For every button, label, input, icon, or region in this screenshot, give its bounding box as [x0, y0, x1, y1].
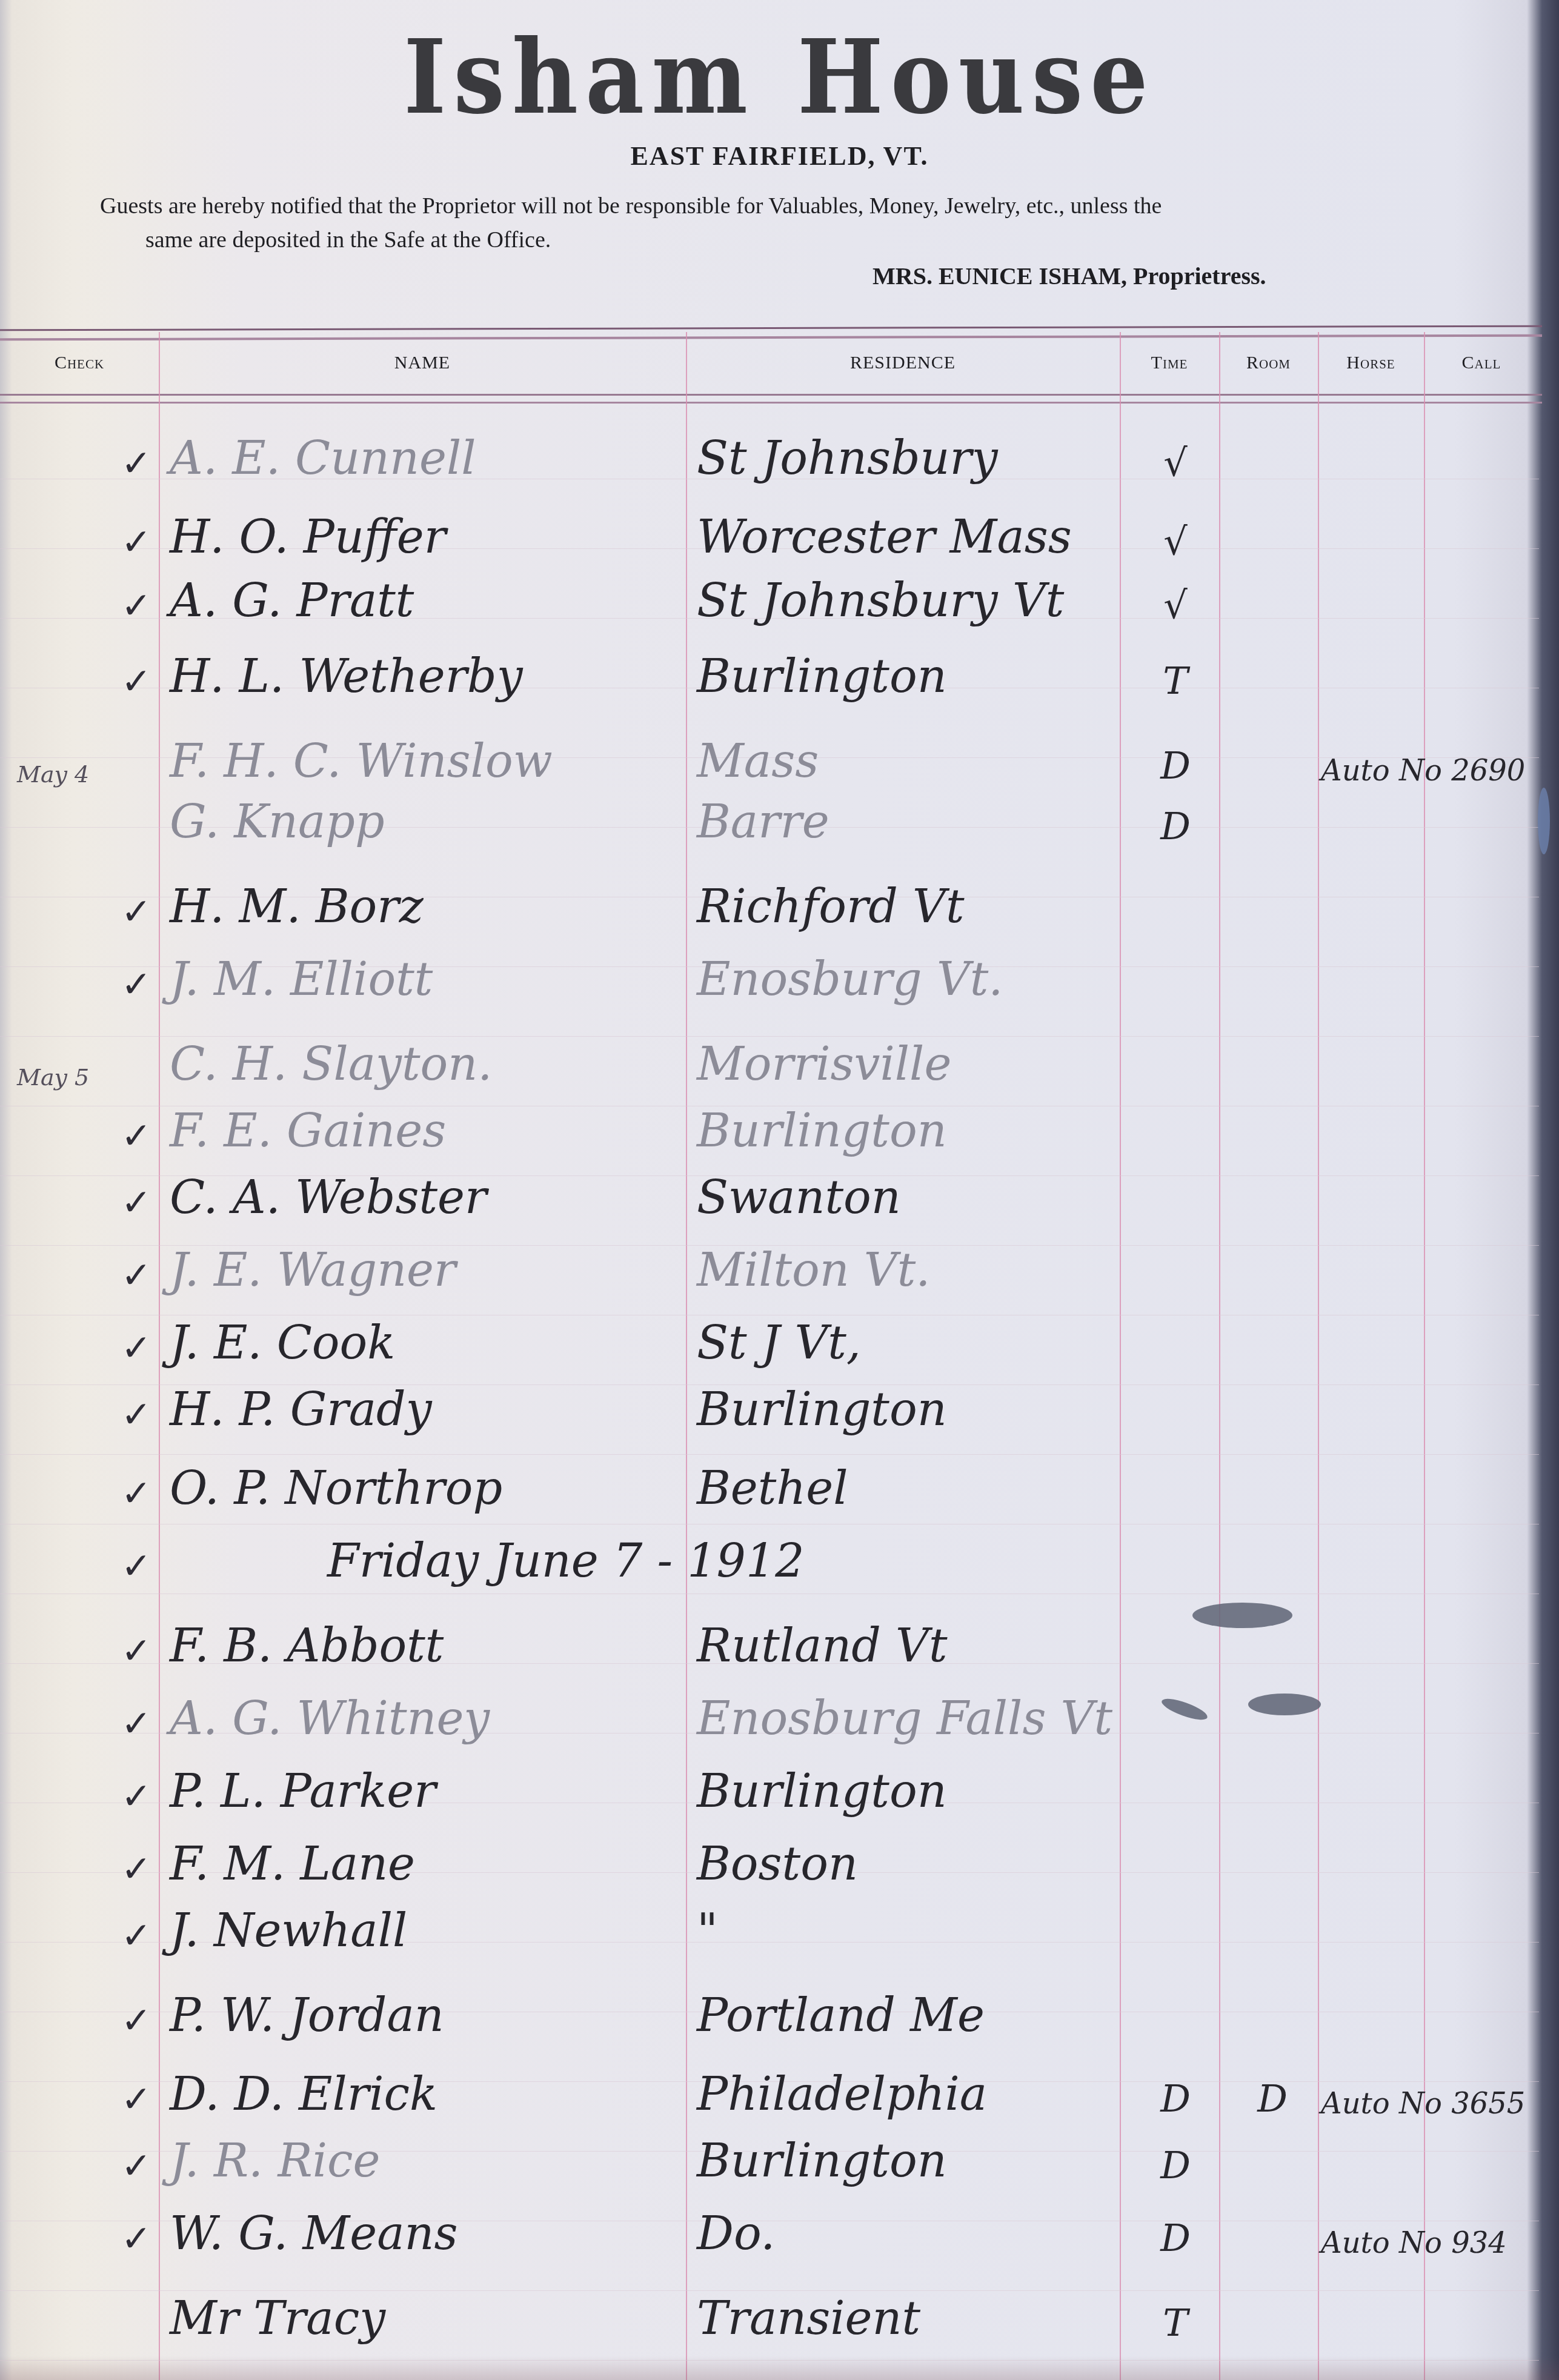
guest-name: F. M. Lane: [170, 1837, 415, 1890]
register-row: ✓ C. A. Webster Swanton: [0, 1163, 1542, 1230]
guest-residence: Do.: [697, 2206, 776, 2260]
column-header-name: NAME: [159, 353, 686, 373]
check-mark: ✓: [36, 2145, 164, 2187]
date-entry: Friday June 7 - 1912: [327, 1534, 805, 1587]
guest-residence: Bethel: [697, 1461, 848, 1515]
time-mark: √: [1139, 440, 1212, 485]
guest-name: J. R. Rice: [170, 2133, 381, 2187]
guest-residence: Burlington: [697, 649, 947, 703]
time-mark: D: [1139, 804, 1212, 848]
auto-number: Auto No 2690: [1321, 754, 1525, 788]
page-bottom-shadow: [0, 2356, 1559, 2380]
register-row: ✓ P. W. Jordan Portland Me: [0, 1981, 1542, 2048]
guest-name: W. G. Means: [170, 2206, 458, 2260]
guest-name: A. G. Whitney: [170, 1691, 490, 1745]
notice-line-1: Guests are hereby notified that the Prop…: [100, 193, 1162, 219]
guest-residence: Burlington: [697, 1103, 947, 1157]
check-mark: ✓: [36, 1182, 164, 1224]
title-word-house: House: [797, 18, 1155, 137]
register-row: ✓ H. L. Wetherby Burlington T: [0, 642, 1542, 709]
guest-name: F. E. Gaines: [170, 1103, 446, 1157]
check-mark: ✓: [36, 1115, 164, 1157]
register-row: ✓ A. G. Pratt St Johnsbury Vt √: [0, 567, 1542, 633]
check-mark: ✓: [36, 2218, 164, 2260]
guest-name: J. E. Wagner: [170, 1243, 456, 1297]
register-row: ✓ F. M. Lane Boston: [0, 1830, 1542, 1896]
time-mark: T: [1139, 659, 1212, 703]
check-mark: ✓: [36, 1254, 164, 1297]
room-mark: D: [1236, 2076, 1309, 2121]
time-mark: √: [1139, 519, 1212, 563]
column-header-check: Check: [0, 353, 159, 373]
time-mark: D: [1139, 2143, 1212, 2187]
check-mark: ✓: [36, 1630, 164, 1672]
guest-residence: Portland Me: [697, 1988, 985, 2042]
guest-residence: Burlington: [697, 1382, 947, 1436]
register-row: ✓ O. P. Northrop Bethel: [0, 1454, 1542, 1521]
check-mark: ✓: [36, 1545, 164, 1587]
auto-number: Auto No 3655: [1321, 2087, 1525, 2121]
check-mark: ✓: [36, 1472, 164, 1515]
guest-residence: Barre: [697, 794, 829, 848]
column-header-room: Room: [1219, 353, 1318, 373]
date-divider-row: ✓ Friday June 7 - 1912: [0, 1527, 1542, 1594]
time-mark: D: [1139, 2076, 1212, 2121]
column-header-residence: RESIDENCE: [686, 353, 1120, 373]
register-row: ✓ H. O. Puffer Worcester Mass √: [0, 503, 1542, 570]
register-row: ✓ F. B. Abbott Rutland Vt: [0, 1612, 1542, 1678]
guest-residence: St Johnsbury: [697, 431, 998, 485]
check-mark: ✓: [36, 1915, 164, 1957]
check-mark: ✓: [36, 2078, 164, 2121]
register-row: ✓ A. E. Cunnell St Johnsbury √: [0, 424, 1542, 491]
guest-name: O. P. Northrop: [170, 1461, 502, 1515]
guest-name: J. E. Cook: [170, 1315, 395, 1369]
guest-name: H. L. Wetherby: [170, 649, 523, 703]
register-row: ✓ J. E. Cook St J Vt,: [0, 1309, 1542, 1375]
check-mark: ✓: [36, 1848, 164, 1890]
guest-name: C. A. Webster: [170, 1170, 487, 1224]
guest-name: D. D. Elrick: [170, 2067, 437, 2121]
page-title: IshamHouse: [0, 18, 1559, 137]
liability-notice: Guests are hereby notified that the Prop…: [100, 189, 1494, 257]
ink-blot: [1192, 1603, 1292, 1628]
guest-residence: Milton Vt.: [697, 1243, 930, 1297]
guest-name: A. E. Cunnell: [170, 431, 476, 485]
check-mark: ✓: [36, 585, 164, 627]
guest-residence: Burlington: [697, 1764, 947, 1818]
check-mark: ✓: [36, 1327, 164, 1369]
register-row: ✓ A. G. Whitney Enosburg Falls Vt: [0, 1684, 1542, 1751]
time-mark: T: [1139, 2301, 1212, 2345]
register-row: ✓ H. P. Grady Burlington: [0, 1375, 1542, 1442]
guest-residence: Swanton: [697, 1170, 901, 1224]
header-top-rule: [0, 325, 1542, 341]
ink-blot: [1538, 788, 1550, 854]
check-mark: ✓: [36, 1999, 164, 2042]
register-row: ✓ D. D. Elrick Philadelphia D D Auto No …: [0, 2060, 1542, 2127]
guest-name: P. L. Parker: [170, 1764, 436, 1818]
guest-name: H. P. Grady: [170, 1382, 432, 1436]
register-row: ✓ W. G. Means Do. D Auto No 934: [0, 2199, 1542, 2266]
guest-residence: Morrisville: [697, 1037, 951, 1091]
register-row: Mr Tracy Transient T: [0, 2284, 1542, 2351]
register-row: ✓ H. M. Borz Richford Vt: [0, 873, 1542, 939]
guest-residence: St Johnsbury Vt: [697, 573, 1064, 627]
guest-name: J. Newhall: [170, 1903, 407, 1957]
guest-residence: Philadelphia: [697, 2067, 987, 2121]
register-row: ✓ J. Newhall ": [0, 1896, 1542, 1963]
time-mark: D: [1139, 743, 1212, 788]
ruling-line: [0, 1524, 1539, 1524]
notice-line-2: same are deposited in the Safe at the Of…: [100, 223, 1494, 257]
check-mark: ✓: [36, 660, 164, 703]
header-bottom-rule: [0, 394, 1542, 404]
guest-name: A. G. Pratt: [170, 573, 414, 627]
guest-name: H. M. Borz: [170, 879, 424, 933]
check-mark: ✓: [36, 521, 164, 563]
column-header-call: Call: [1424, 353, 1539, 373]
check-mark: ✓: [36, 442, 164, 485]
column-header-horse: Horse: [1318, 353, 1424, 373]
check-mark: ✓: [36, 1775, 164, 1818]
guest-name: P. W. Jordan: [170, 1988, 444, 2042]
guest-residence: Burlington: [697, 2133, 947, 2187]
check-mark: ✓: [36, 1703, 164, 1745]
hotel-register-page: IshamHouse EAST FAIRFIELD, VT. Guests ar…: [0, 0, 1559, 2380]
guest-residence: Rutland Vt: [697, 1618, 948, 1672]
guest-name: C. H. Slayton.: [170, 1037, 492, 1091]
title-word-isham: Isham: [404, 18, 755, 137]
location: EAST FAIRFIELD, VT.: [0, 141, 1559, 171]
column-header-time: Time: [1120, 353, 1219, 373]
guest-name: H. O. Puffer: [170, 510, 446, 563]
guest-residence: Worcester Mass: [697, 510, 1072, 563]
guest-name: Mr Tracy: [170, 2291, 385, 2345]
proprietress: MRS. EUNICE ISHAM, Proprietress.: [873, 262, 1266, 290]
guest-name: J. M. Elliott: [170, 952, 433, 1006]
register-row: ✓ J. R. Rice Burlington D: [0, 2127, 1542, 2193]
check-mark: ✓: [36, 963, 164, 1006]
guest-residence: ": [697, 1903, 718, 1957]
check-mark: ✓: [36, 891, 164, 933]
guest-residence: Enosburg Vt.: [697, 952, 1003, 1006]
ruling-line: [0, 1594, 1539, 1594]
register-row: ✓ F. E. Gaines Burlington: [0, 1097, 1542, 1163]
ink-blot: [1248, 1694, 1321, 1715]
time-mark: D: [1139, 2216, 1212, 2260]
margin-date-note: May 4: [17, 761, 89, 788]
guest-name: F. B. Abbott: [170, 1618, 444, 1672]
register-row: May 4 F. H. C. Winslow Mass D Auto No 26…: [0, 727, 1542, 794]
register-row: G. Knapp Barre D: [0, 788, 1542, 854]
register-row: ✓ P. L. Parker Burlington: [0, 1757, 1542, 1824]
auto-number: Auto No 934: [1321, 2226, 1507, 2260]
guest-name: F. H. C. Winslow: [170, 734, 553, 788]
check-mark: ✓: [36, 1394, 164, 1436]
margin-date-note: May 5: [17, 1064, 89, 1091]
guest-residence: Enosburg Falls Vt: [697, 1691, 1112, 1745]
guest-residence: Richford Vt: [697, 879, 965, 933]
register-row: May 5 C. H. Slayton. Morrisville: [0, 1030, 1542, 1097]
time-mark: √: [1139, 583, 1212, 627]
guest-residence: St J Vt,: [697, 1315, 861, 1369]
guest-residence: Boston: [697, 1837, 858, 1890]
guest-name: G. Knapp: [170, 794, 385, 848]
guest-residence: Mass: [697, 734, 819, 788]
guest-residence: Transient: [697, 2291, 920, 2345]
register-row: ✓ J. M. Elliott Enosburg Vt.: [0, 945, 1542, 1012]
register-row: ✓ J. E. Wagner Milton Vt.: [0, 1236, 1542, 1303]
